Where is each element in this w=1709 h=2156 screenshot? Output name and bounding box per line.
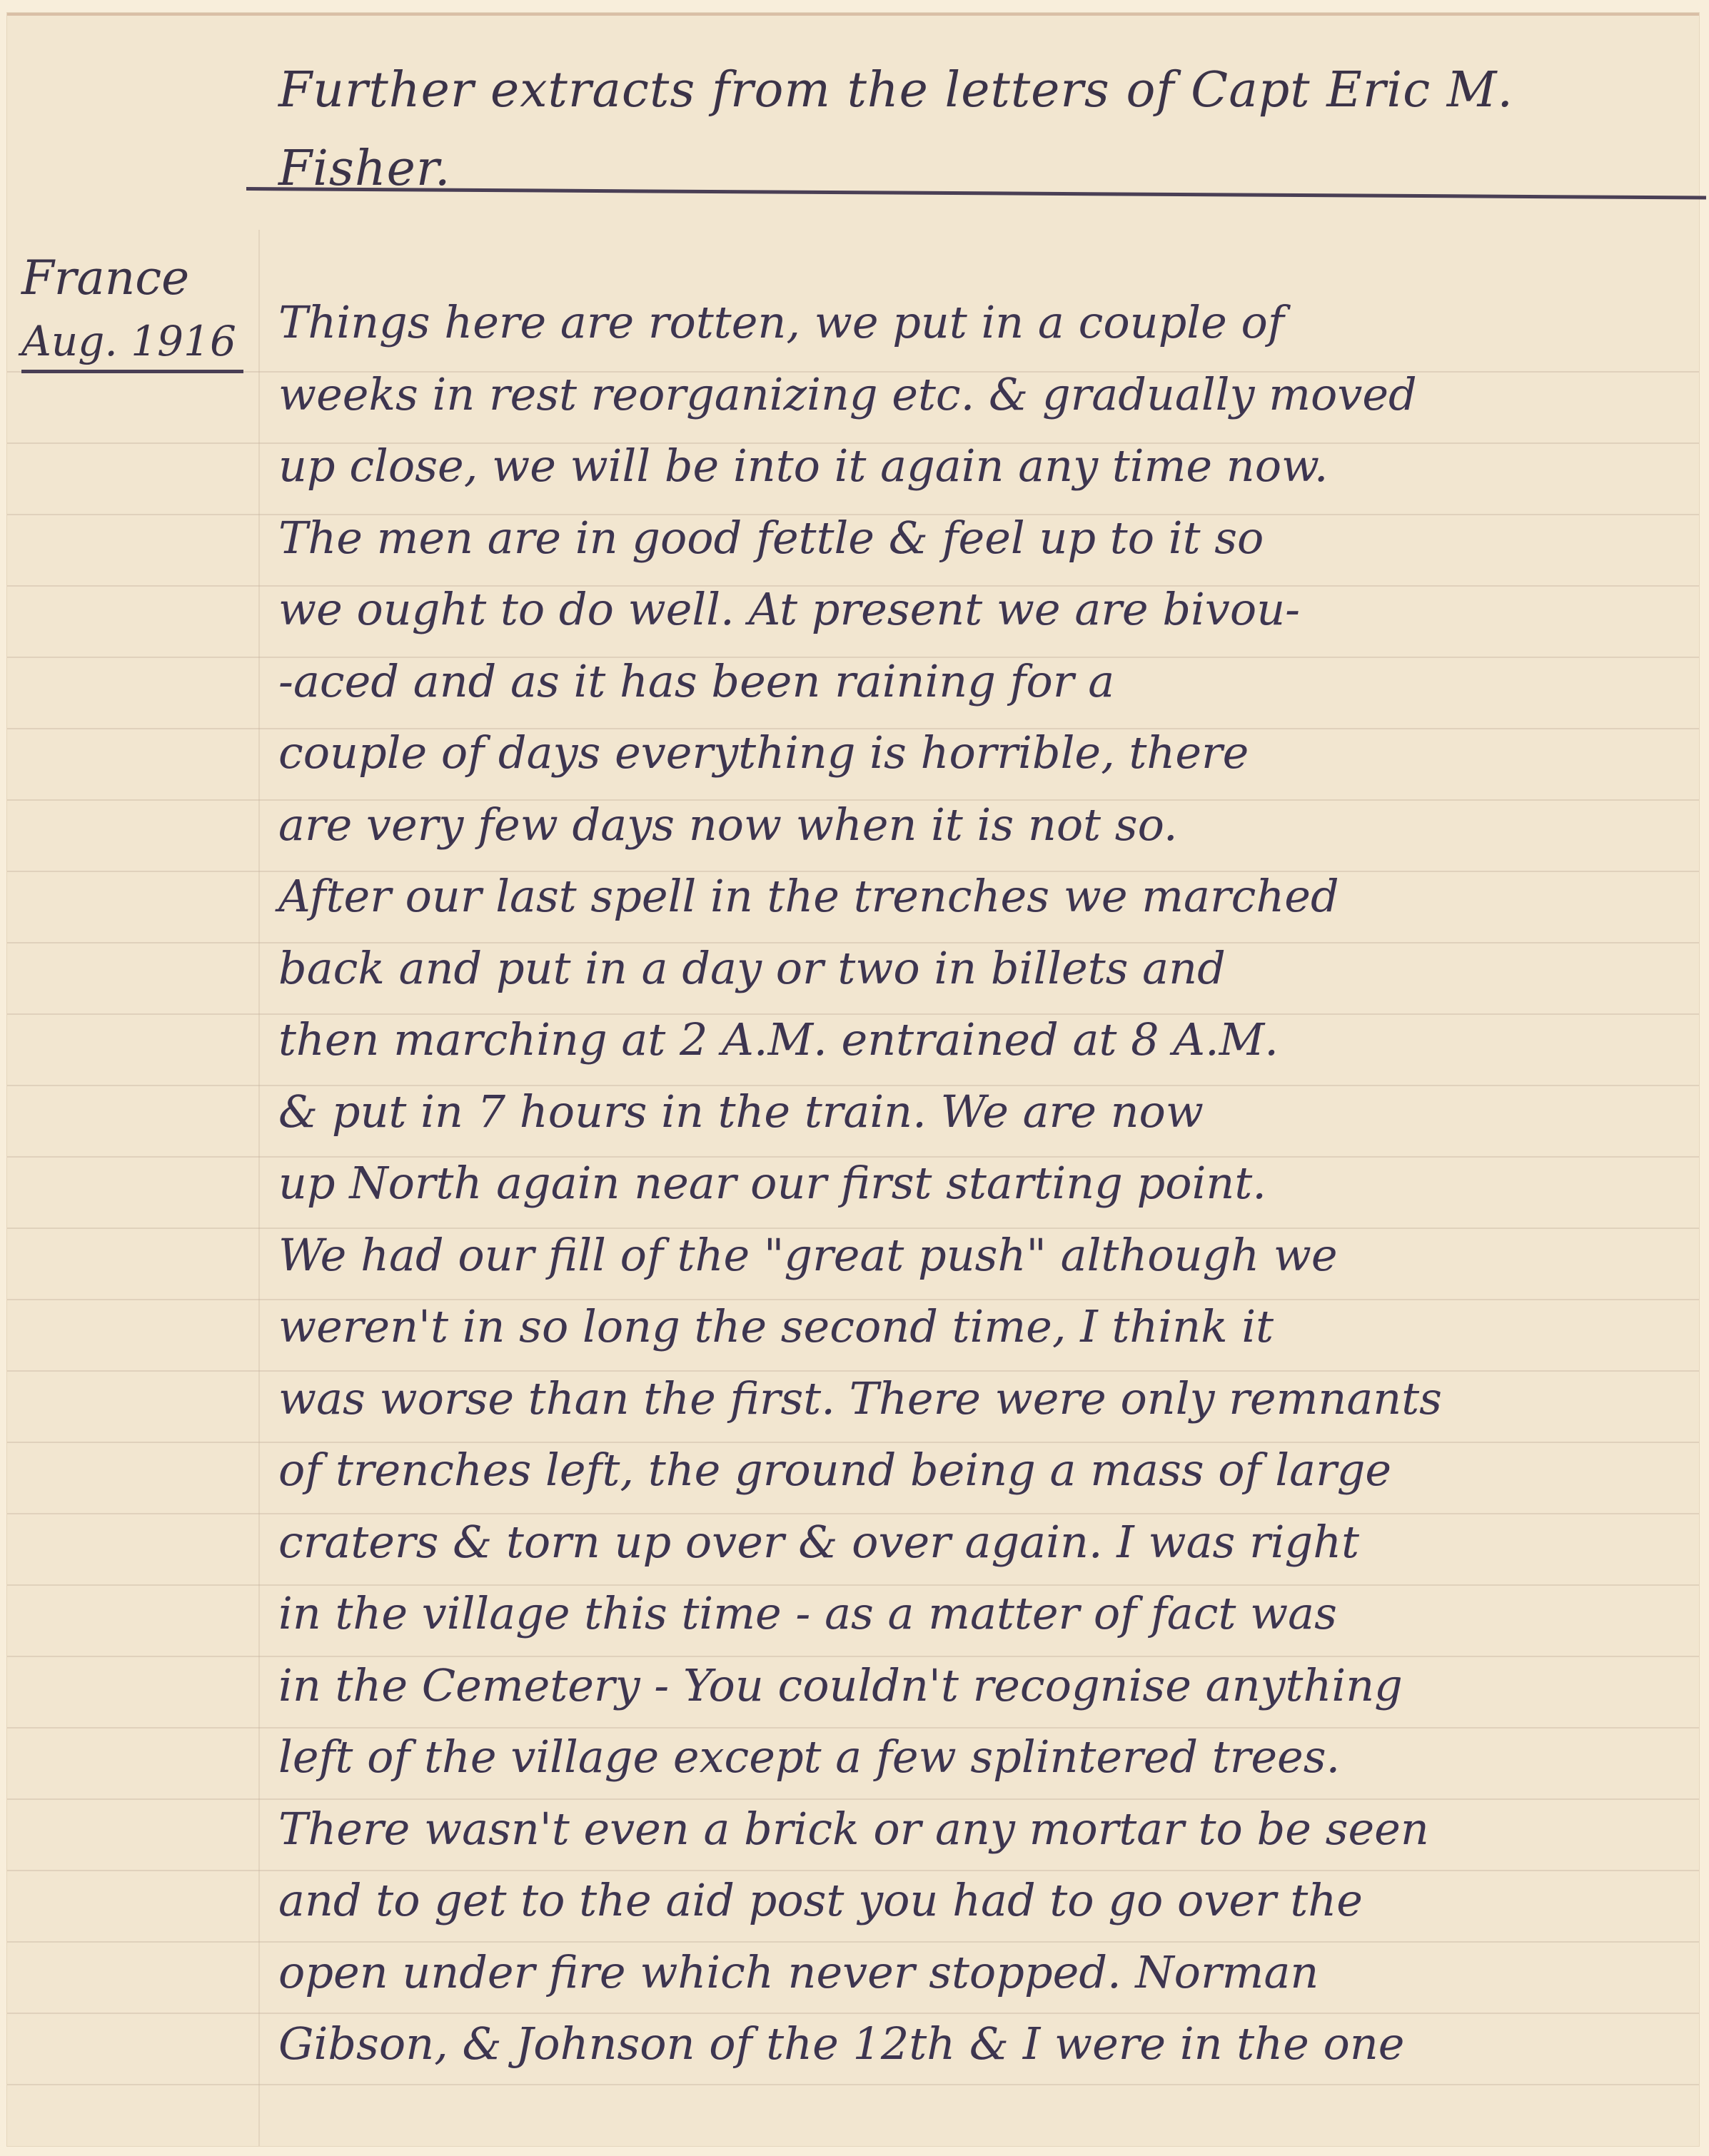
body-line: couple of days everything is horrible, t… bbox=[278, 717, 1699, 789]
title-line-1: Further extracts from the letters of Cap… bbox=[278, 51, 1670, 130]
body-line: of trenches left, the ground being a mas… bbox=[278, 1434, 1699, 1507]
body-line: The men are in good fettle & feel up to … bbox=[278, 502, 1699, 575]
body-line: Gibson, & Johnson of the 12th & I were i… bbox=[278, 2008, 1699, 2080]
body-line: We had our fill of the "great push" alth… bbox=[278, 1220, 1699, 1292]
margin-line bbox=[258, 230, 260, 2146]
margin-place: France bbox=[21, 244, 257, 313]
letter-sheet: Further extracts from the letters of Cap… bbox=[7, 13, 1699, 2146]
body-line: up North again near our first starting p… bbox=[278, 1148, 1699, 1220]
body-line: in the Cemetery - You couldn't recognise… bbox=[278, 1650, 1699, 1722]
body-line: left of the village except a few splinte… bbox=[278, 1721, 1699, 1793]
body-line: After our last spell in the trenches we … bbox=[278, 861, 1699, 933]
letter-body: Things here are rotten, we put in a coup… bbox=[278, 287, 1699, 2080]
body-line: then marching at 2 A.M. entrained at 8 A… bbox=[278, 1004, 1699, 1076]
body-line: back and put in a day or two in billets … bbox=[278, 933, 1699, 1005]
body-line: are very few days now when it is not so. bbox=[278, 789, 1699, 861]
margin-note: France Aug. 1916 bbox=[21, 244, 257, 373]
margin-date: Aug. 1916 bbox=[21, 313, 243, 373]
body-line: weren't in so long the second time, I th… bbox=[278, 1291, 1699, 1363]
body-line: & put in 7 hours in the train. We are no… bbox=[278, 1076, 1699, 1148]
body-line: craters & torn up over & over again. I w… bbox=[278, 1507, 1699, 1579]
body-line: up close, we will be into it again any t… bbox=[278, 430, 1699, 502]
body-line: Things here are rotten, we put in a coup… bbox=[278, 287, 1699, 359]
body-line: open under fire which never stopped. Nor… bbox=[278, 1937, 1699, 2009]
page-title: Further extracts from the letters of Cap… bbox=[278, 51, 1670, 208]
body-line: in the village this time - as a matter o… bbox=[278, 1578, 1699, 1650]
body-line: was worse than the first. There were onl… bbox=[278, 1363, 1699, 1435]
body-line: we ought to do well. At present we are b… bbox=[278, 574, 1699, 646]
body-line: -aced and as it has been raining for a bbox=[278, 646, 1699, 718]
body-line: There wasn't even a brick or any mortar … bbox=[278, 1793, 1699, 1866]
body-line: weeks in rest reorganizing etc. & gradua… bbox=[278, 359, 1699, 431]
body-line: and to get to the aid post you had to go… bbox=[278, 1865, 1699, 1937]
